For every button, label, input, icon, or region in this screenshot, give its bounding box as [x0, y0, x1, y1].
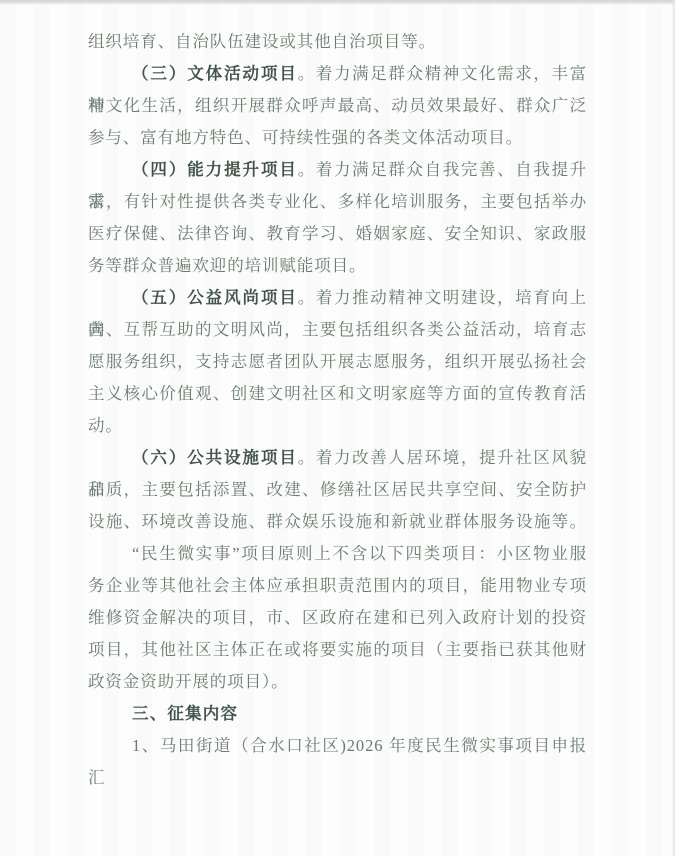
- body-text: 主义核心价值观、创建文明社区和文明家庭等方面的宣传教育活: [88, 384, 587, 403]
- text-line: （三）文体活动项目。着力满足群众精神文化需求，丰富精: [88, 58, 587, 90]
- text-line: 务等群众普遍欢迎的培训赋能项目。: [88, 250, 587, 282]
- body-text: 参与、富有地方特色、可持续性强的各类文体活动项目。: [88, 128, 523, 147]
- body-text: 1、马田街道（合水口社区)2026 年度民生微实事项目申报汇: [88, 736, 587, 787]
- body-text: 求，有针对性提供各类专业化、多样化培训服务，主要包括举办: [88, 192, 587, 211]
- text-line: “民生微实事”项目原则上不含以下四类项目：小区物业服: [88, 538, 587, 570]
- text-line: 维修资金解决的项目，市、区政府在建和已列入政府计划的投资: [88, 602, 587, 634]
- section-heading: 三、征集内容: [132, 704, 238, 723]
- body-text: 设施、环境改善设施、群众娱乐设施和新就业群体服务设施等。: [88, 512, 587, 531]
- body-text: 维修资金解决的项目，市、区政府在建和已列入政府计划的投资: [88, 608, 587, 627]
- text-line: 品质，主要包括添置、改建、修缮社区居民共享空间、安全防护: [88, 474, 587, 506]
- text-line: 参与、富有地方特色、可持续性强的各类文体活动项目。: [88, 122, 587, 154]
- text-line: 求，有针对性提供各类专业化、多样化培训服务，主要包括举办: [88, 186, 587, 218]
- page-top-scan-edge: [0, 0, 675, 5]
- text-line: 神文化生活，组织开展群众呼声最高、动员效果最好、群众广泛: [88, 90, 587, 122]
- body-text: 医疗保健、法律咨询、教育学习、婚姻家庭、安全知识、家政服: [88, 224, 587, 243]
- body-text: 善、互帮互助的文明风尚，主要包括组织各类公益活动，培育志: [88, 320, 587, 339]
- body-text: “民生微实事”项目原则上不含以下四类项目：小区物业服: [132, 544, 587, 563]
- body-text: 项目，其他社区主体正在或将要实施的项目（主要指已获其他财: [88, 640, 587, 659]
- text-line: 务企业等其他社会主体应承担职责范围内的项目，能用物业专项: [88, 570, 587, 602]
- text-line: （四）能力提升项目。着力满足群众自我完善、自我提升需: [88, 154, 587, 186]
- body-text: 务企业等其他社会主体应承担职责范围内的项目，能用物业专项: [88, 576, 587, 595]
- text-line: 组织培育、自治队伍建设或其他自治项目等。: [88, 26, 587, 58]
- text-line: 1、马田街道（合水口社区)2026 年度民生微实事项目申报汇: [88, 730, 587, 762]
- body-text: 动。: [88, 416, 123, 435]
- text-line: 医疗保健、法律咨询、教育学习、婚姻家庭、安全知识、家政服: [88, 218, 587, 250]
- text-line: 愿服务组织，支持志愿者团队开展志愿服务，组织开展弘扬社会: [88, 346, 587, 378]
- text-line: 主义核心价值观、创建文明社区和文明家庭等方面的宣传教育活: [88, 378, 587, 410]
- text-line: （六）公共设施项目。着力改善人居环境，提升社区风貌和: [88, 442, 587, 474]
- text-line: 政资金资助开展的项目）。: [88, 666, 587, 698]
- body-text: 组织培育、自治队伍建设或其他自治项目等。: [88, 32, 436, 51]
- text-line: 设施、环境改善设施、群众娱乐设施和新就业群体服务设施等。: [88, 506, 587, 538]
- section-heading: （六）公共设施项目: [132, 448, 298, 467]
- section-heading: （五）公益风尚项目: [132, 288, 298, 307]
- body-text: 愿服务组织，支持志愿者团队开展志愿服务，组织开展弘扬社会: [88, 352, 587, 371]
- text-line: 三、征集内容: [88, 698, 587, 730]
- text-line: （五）公益风尚项目。着力推动精神文明建设，培育向上向: [88, 282, 587, 314]
- document-text-block: 组织培育、自治队伍建设或其他自治项目等。 （三）文体活动项目。着力满足群众精神文…: [88, 26, 587, 762]
- section-heading: （四）能力提升项目: [132, 160, 298, 179]
- text-line: 动。: [88, 410, 587, 442]
- body-text: 神文化生活，组织开展群众呼声最高、动员效果最好、群众广泛: [88, 96, 587, 115]
- body-text: 务等群众普遍欢迎的培训赋能项目。: [88, 256, 366, 275]
- scanned-document-page: { "page": { "background_color": "#fdfdfd…: [0, 0, 675, 856]
- body-text: 品质，主要包括添置、改建、修缮社区居民共享空间、安全防护: [88, 480, 587, 499]
- text-line: 项目，其他社区主体正在或将要实施的项目（主要指已获其他财: [88, 634, 587, 666]
- section-heading: （三）文体活动项目: [132, 64, 298, 83]
- page-right-scan-edge: [671, 0, 675, 856]
- text-line: 善、互帮互助的文明风尚，主要包括组织各类公益活动，培育志: [88, 314, 587, 346]
- body-text: 政资金资助开展的项目）。: [88, 672, 289, 691]
